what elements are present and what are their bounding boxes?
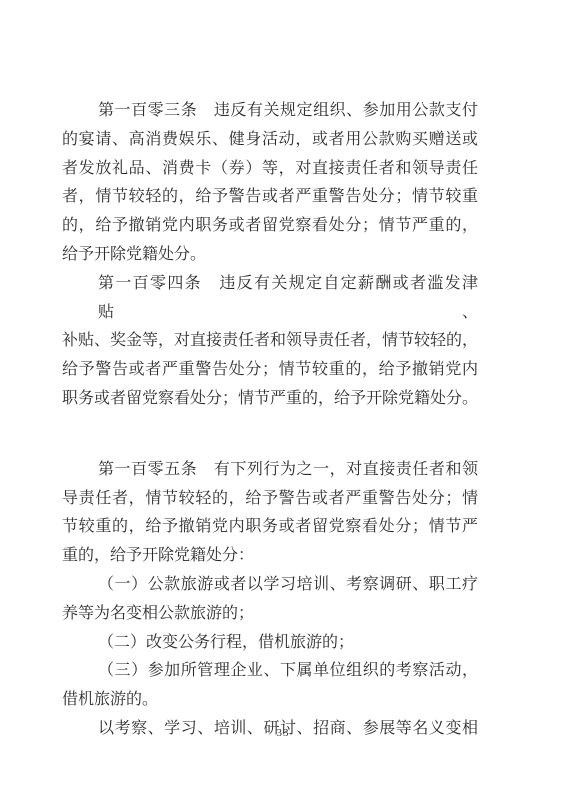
text-line: （二）改变公务行程，借机旅游的； — [62, 629, 478, 658]
page-number: 33 — [0, 727, 566, 739]
text-line: 的，给予撤销党内职务或者留党察看处分；情节严重的， — [62, 212, 478, 241]
text-line: 借机旅游的。 — [62, 686, 478, 715]
article-105-item-3: （三）参加所管理企业、下属单位组织的考察活动， 借机旅游的。 — [62, 657, 478, 715]
text-line: 养等为名变相公款旅游的； — [62, 600, 478, 629]
text-line: 给予警告或者严重警告处分；情节较重的，给予撤销党内 — [62, 356, 478, 385]
article-105: 第一百零五条 有下列行为之一，对直接责任者和领 导责任者，情节较轻的，给予警告或… — [62, 456, 478, 744]
text-line: 重的，给予开除党籍处分： — [62, 542, 478, 571]
text-line: 者发放礼品、消费卡（券）等，对直接责任者和领导责任 — [62, 155, 478, 184]
document-page: 第一百零三条 违反有关规定组织、参加用公款支付 的宴请、高消费娱乐、健身活动，或… — [0, 0, 566, 800]
article-103: 第一百零三条 违反有关规定组织、参加用公款支付 的宴请、高消费娱乐、健身活动，或… — [62, 97, 478, 270]
text-line: 第一百零五条 有下列行为之一，对直接责任者和领 — [62, 456, 478, 485]
text-line: 给予开除党籍处分。 — [62, 241, 478, 270]
article-105-item-2: （二）改变公务行程，借机旅游的； — [62, 629, 478, 658]
text-block: 第一百零三条 违反有关规定组织、参加用公款支付 的宴请、高消费娱乐、健身活动，或… — [62, 97, 478, 744]
text-line: 第一百零四条 违反有关规定自定薪酬或者滥发津贴、 — [62, 270, 478, 328]
text-line: 职务或者留党察看处分；情节严重的，给予开除党籍处分。 — [62, 385, 478, 414]
section-gap — [62, 414, 478, 456]
text-line: 的宴请、高消费娱乐、健身活动，或者用公款购买赠送或 — [62, 126, 478, 155]
text-line: 导责任者，情节较轻的，给予警告或者严重警告处分；情 — [62, 485, 478, 514]
text-line: （三）参加所管理企业、下属单位组织的考察活动， — [62, 657, 478, 686]
text-line: 第一百零三条 违反有关规定组织、参加用公款支付 — [62, 97, 478, 126]
text-line: 节较重的，给予撤销党内职务或者留党察看处分；情节严 — [62, 513, 478, 542]
text-line: 补贴、奖金等，对直接责任者和领导责任者，情节较轻的， — [62, 327, 478, 356]
text-line: 者，情节较轻的，给予警告或者严重警告处分；情节较重 — [62, 183, 478, 212]
article-105-item-1: （一）公款旅游或者以学习培训、考察调研、职工疗 养等为名变相公款旅游的； — [62, 571, 478, 629]
article-104: 第一百零四条 违反有关规定自定薪酬或者滥发津贴、 补贴、奖金等，对直接责任者和领… — [62, 270, 478, 414]
text-line: （一）公款旅游或者以学习培训、考察调研、职工疗 — [62, 571, 478, 600]
